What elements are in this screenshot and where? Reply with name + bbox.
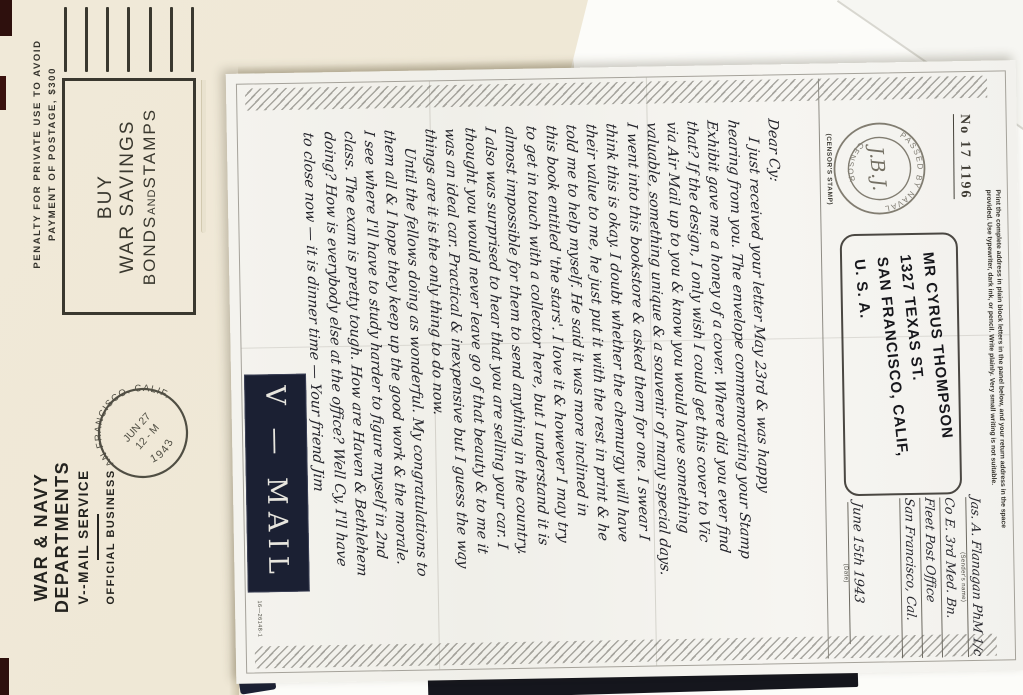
hatch-border-left	[245, 76, 987, 111]
vmail-scan: PENALTY FOR PRIVATE USE TO AVOID PAYMENT…	[0, 0, 1023, 695]
censor-arc-bottom: CENSOR	[841, 139, 866, 187]
sender-address-line: Co E. 3rd Med. Bn.	[942, 496, 959, 619]
form-border: No 17 1196 Print the complete address in…	[236, 70, 1016, 673]
corner-card-line-2: DEPARTMENTS	[52, 424, 73, 650]
letter-body: Dear Cy: I just received your letter May…	[298, 118, 798, 654]
scan-edge-mark	[0, 0, 12, 36]
print-code: 16—26148-1	[256, 600, 263, 637]
sender-address-line: Fleet Post Office	[922, 497, 939, 604]
penalty-notice: PENALTY FOR PRIVATE USE TO AVOID PAYMENT…	[30, 21, 64, 287]
corner-card-line-1: WAR & NAVY	[31, 424, 52, 650]
date-value: June 15th 1943	[849, 501, 866, 604]
slogan-line-2: WAR SAVINGS	[117, 120, 139, 274]
return-corner-card: WAR & NAVY DEPARTMENTS V--MAIL SERVICE O…	[31, 424, 159, 650]
svg-text:CENSOR: CENSOR	[841, 139, 866, 187]
sender-address-line: San Francisco, Cal.	[902, 497, 919, 622]
corner-card-line-4: OFFICIAL BUSINESS	[105, 424, 117, 650]
slogan-box: BUY WAR SAVINGS BONDSANDSTAMPS	[62, 78, 196, 315]
envelope-flap-crease	[201, 80, 206, 233]
sender-name: Jas. A. Flanagan PhM 1/c	[968, 496, 986, 657]
vmail-letter: No 17 1196 Print the complete address in…	[226, 60, 1023, 684]
machine-cancellation: BUY WAR SAVINGS BONDSANDSTAMPS	[62, 7, 196, 315]
form-serial-number: No 17 1196	[953, 114, 973, 200]
recipient-address: MR CYRUS THOMPSON1327 TEXAS ST.SAN FRANC…	[848, 251, 961, 461]
penalty-line-2: PAYMENT OF POSTAGE, $300	[45, 21, 60, 287]
scan-edge-mark	[0, 76, 6, 110]
form-instructions: Print the complete address in plain bloc…	[984, 189, 1010, 651]
corner-card-rule	[97, 514, 99, 560]
scan-edge-mark	[0, 658, 9, 695]
sender-block: Jas. A. Flanagan PhM 1/c (Sender's name)…	[898, 497, 987, 658]
censor-stamp: PASSED BY NAVAL CENSOR J.B.J.	[822, 111, 937, 226]
killer-bars	[62, 7, 196, 72]
slogan-line-1: BUY	[95, 174, 117, 219]
corner-card-line-3: V--MAIL SERVICE	[76, 424, 91, 650]
address-panel: MR CYRUS THOMPSON1327 TEXAS ST.SAN FRANC…	[840, 232, 963, 496]
censor-stamp-label: (CENSOR'S STAMP)	[824, 94, 834, 244]
slogan-line-3: BONDSANDSTAMPS	[139, 108, 163, 285]
censor-initials: J.B.J.	[864, 142, 890, 192]
vmail-logo: V — MAIL	[244, 374, 310, 593]
penalty-line-1: PENALTY FOR PRIVATE USE TO AVOID	[30, 21, 45, 287]
date-field: June 15th 1943 (Date)	[841, 502, 868, 644]
